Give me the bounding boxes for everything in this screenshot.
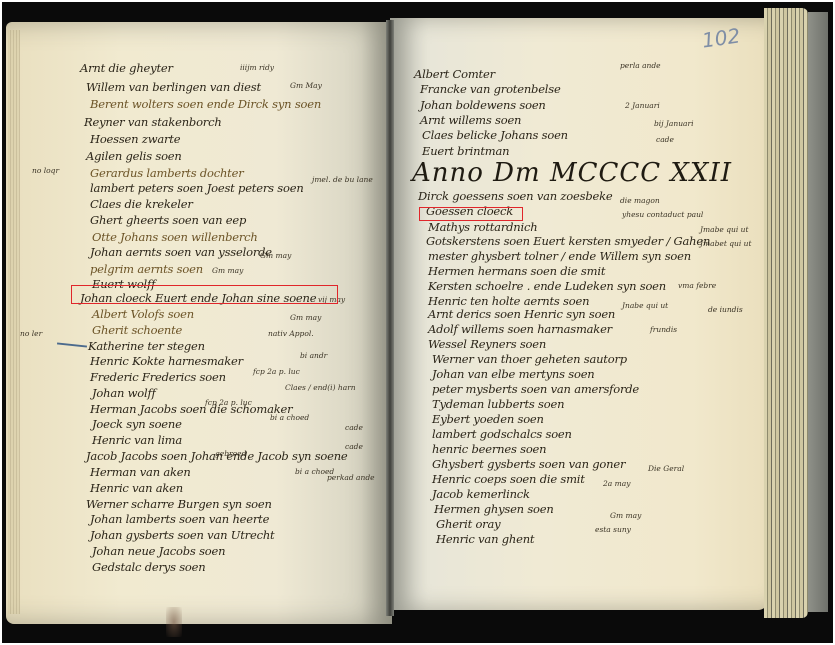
year-heading: Anno Dm MCCCC XXII: [412, 158, 732, 188]
margin-note: vma febre: [678, 281, 716, 290]
margin-note: fcp 2a p. luc: [253, 367, 300, 376]
register-entry: Joeck syn soene: [92, 417, 182, 431]
register-entry: Henric van lima: [92, 433, 182, 447]
page-stain: [166, 607, 182, 637]
register-entry: Berent wolters soen ende Dirck syn soen: [90, 97, 321, 111]
register-entry: Gherit oray: [436, 517, 500, 531]
register-entry: peter mysberts soen van amersforde: [432, 382, 639, 396]
margin-note: no ler: [20, 329, 42, 338]
margin-note: Claes / end(i) harn: [285, 383, 356, 392]
margin-note: de iundis: [708, 305, 743, 314]
highlight-box: [71, 285, 338, 304]
register-entry: Reyner van stakenborch: [84, 115, 222, 129]
margin-note: nativ Appol.: [268, 329, 314, 338]
register-entry: Hermen hermans soen die smit: [428, 264, 605, 278]
register-entry: henric beernes soen: [432, 442, 546, 456]
margin-note: perla ande: [620, 61, 661, 70]
register-entry: Johan gysberts soen van Utrecht: [90, 528, 274, 542]
margin-note: cade: [345, 423, 363, 432]
register-entry: Hoessen zwarte: [90, 132, 180, 146]
margin-note: Gm may: [212, 266, 243, 275]
register-entry: Gherit schoente: [92, 323, 182, 337]
register-entry: Ghysbert gysberts soen van goner: [432, 457, 625, 471]
margin-note: Gm may: [290, 313, 321, 322]
register-entry: Johan boldewens soen: [420, 98, 546, 112]
margin-note: 2a may: [603, 479, 630, 488]
register-entry: Euert brintman: [422, 144, 509, 158]
margin-note: fcp 2a p. luc: [205, 398, 252, 407]
margin-note: bij Januari: [654, 119, 694, 128]
register-entry: Johan van elbe mertyns soen: [432, 367, 595, 381]
register-entry: lambert godschalcs soen: [432, 427, 572, 441]
book-cover-edge: [808, 12, 828, 612]
register-entry: Gerardus lamberts dochter: [90, 166, 244, 180]
register-entry: Hermen ghysen soen: [434, 502, 554, 516]
margin-note: yhesu contaduct paul: [622, 210, 703, 219]
register-entry: Henric coeps soen die smit: [432, 472, 585, 486]
register-entry: Arnt derics soen Henric syn soen: [428, 307, 615, 321]
register-entry: Eybert yoeden soen: [432, 412, 544, 426]
register-entry: Henric van ghent: [436, 532, 534, 546]
margin-note: Jmabe qui ut: [700, 225, 748, 234]
register-entry: Ghert gheerts soen van eep: [90, 213, 246, 227]
register-entry: Gedstalc derys soen: [92, 560, 205, 574]
margin-note: frundis: [650, 325, 677, 334]
register-entry: Henric van aken: [90, 481, 183, 495]
register-entry: pelgrim aernts soen: [90, 262, 203, 276]
margin-note: gebroed: [215, 449, 246, 458]
manuscript-photo: 102 Anno Dm MCCCC XXII Arnt die gheyterW…: [2, 2, 833, 643]
register-entry: Claes die krekeler: [90, 197, 193, 211]
register-entry: Johan neue Jacobs soen: [92, 544, 225, 558]
register-entry: Dirck goessens soen van zoesbeke: [418, 189, 612, 203]
register-entry: lambert peters soen Joest peters soen: [90, 181, 304, 195]
register-entry: Henric Kokte harnesmaker: [90, 354, 243, 368]
margin-note: die magon: [620, 196, 660, 205]
margin-note: bi andr: [300, 351, 327, 360]
register-entry: Tydeman lubberts soen: [432, 397, 564, 411]
margin-note: bi a choed: [270, 413, 309, 422]
register-entry: Claes belicke Johans soen: [422, 128, 568, 142]
register-entry: Gotskerstens soen Euert kersten smyeder …: [426, 234, 710, 248]
register-entry: Herman Jacobs soen die schomaker: [90, 402, 292, 416]
margin-note: jmel. de bu lane: [312, 175, 373, 184]
margin-note: cade: [345, 442, 363, 451]
register-entry: Arnt die gheyter: [80, 61, 173, 75]
register-entry: Henric ten holte aernts soen: [428, 294, 589, 308]
margin-note: 2 Januari: [625, 101, 660, 110]
register-entry: Katherine ter stegen: [88, 339, 205, 353]
register-entry: Mathys rottardnich: [428, 220, 537, 234]
register-entry: Agilen gelis soen: [86, 149, 182, 163]
margin-note: perkad ande: [327, 473, 375, 482]
margin-note: esta suny: [595, 525, 631, 534]
register-entry: Adolf willems soen harnasmaker: [428, 322, 612, 336]
register-entry: Werner van thoer geheten sautorp: [432, 352, 627, 366]
register-entry: Arnt willems soen: [420, 113, 521, 127]
register-entry: Johan lamberts soen van heerte: [90, 512, 269, 526]
register-entry: Otte Johans soen willenberch: [92, 230, 258, 244]
register-entry: Johan wolff: [92, 386, 156, 400]
margin-note: Jmabet qui ut: [700, 239, 752, 248]
highlight-box: [419, 207, 523, 221]
register-entry: Albert Volofs soen: [92, 307, 194, 321]
margin-note: no loqr: [32, 166, 59, 175]
register-entry: Wessel Reyners soen: [428, 337, 546, 351]
margin-note: iiijm ridy: [240, 63, 274, 72]
register-entry: Francke van grotenbelse: [420, 82, 561, 96]
page-fore-edge: [764, 8, 808, 618]
register-entry: Frederic Frederics soen: [90, 370, 226, 384]
register-entry: Herman van aken: [90, 465, 191, 479]
register-entry: Jacob kemerlinck: [432, 487, 530, 501]
margin-note: Gm may: [260, 251, 291, 260]
register-entry: Kersten schoelre . ende Ludeken syn soen: [428, 279, 666, 293]
register-entry: Johan aernts soen van ysselorde: [90, 245, 272, 259]
register-entry: Willem van berlingen van diest: [86, 80, 261, 94]
register-entry: Werner scharre Burgen syn soen: [86, 497, 272, 511]
register-entry: mester ghysbert tolner / ende Willem syn…: [428, 249, 691, 263]
margin-note: Jnabe qui ut: [622, 301, 668, 310]
margin-note: cade: [656, 135, 674, 144]
margin-note: Gm May: [290, 81, 322, 90]
margin-note: Die Geral: [648, 464, 684, 473]
margin-note: Gm may: [610, 511, 641, 520]
register-entry: Albert Comter: [414, 67, 495, 81]
book-gutter: [386, 20, 394, 616]
